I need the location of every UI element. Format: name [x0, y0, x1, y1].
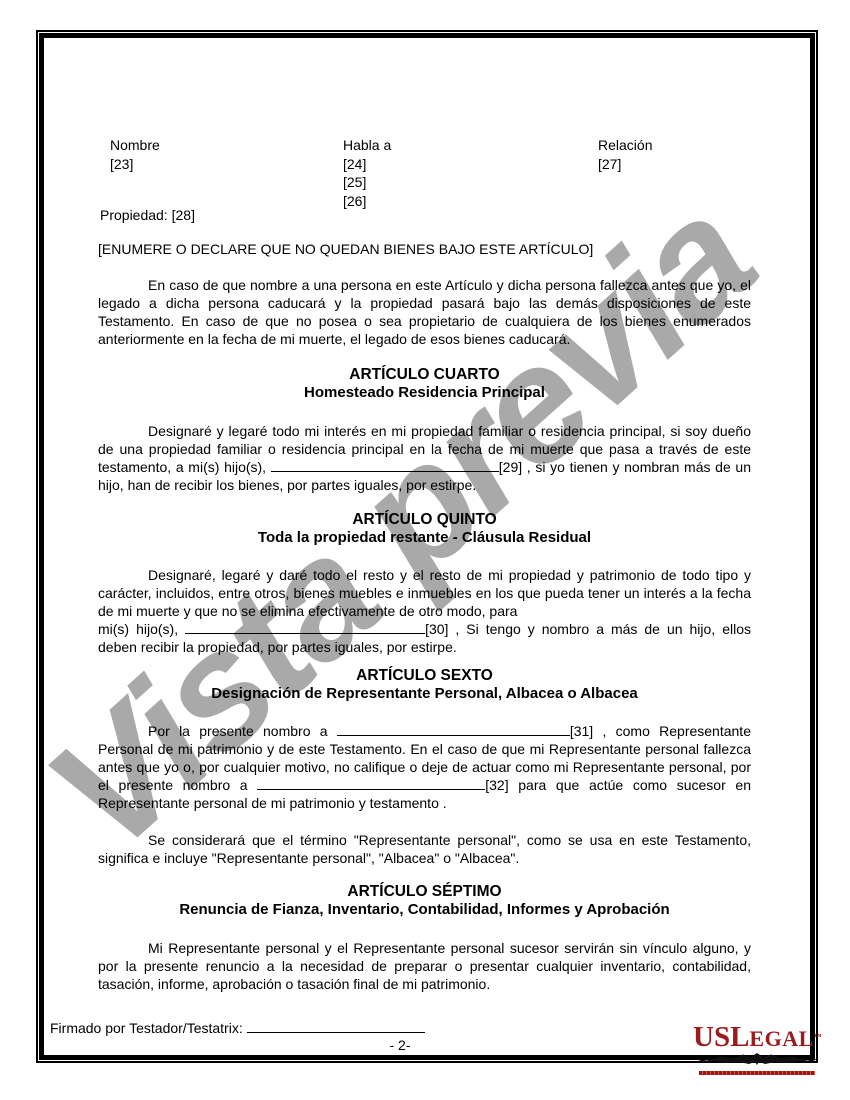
- trademark-symbol: ™: [814, 1032, 822, 1041]
- column-relation-label: Relación: [598, 136, 652, 155]
- column-relation-value: [27]: [598, 155, 652, 174]
- column-name-label: Nombre: [110, 136, 160, 155]
- article-4-title: ARTÍCULO CUARTO: [98, 366, 751, 384]
- article-5-paragraph: Designaré, legaré y daré todo el resto y…: [98, 566, 751, 656]
- fill-in-blank-line: [185, 620, 425, 634]
- column-name-value: [23]: [110, 155, 160, 174]
- column-address: Habla a [24] [25] [26]: [343, 136, 391, 210]
- article-7-paragraph: Mi Representante personal y el Represent…: [98, 939, 751, 993]
- fill-in-blank-line: [257, 776, 485, 790]
- fill-in-blank-line: [337, 722, 570, 736]
- uslegal-logo-text-secondary: EGAL: [749, 1026, 813, 1051]
- uslegal-logo-text-primary: USL: [693, 1021, 749, 1053]
- column-address-value: [25]: [343, 173, 391, 192]
- article-5-title: ARTÍCULO QUINTO: [98, 511, 751, 529]
- article-7-title: ARTÍCULO SÉPTIMO: [98, 883, 751, 901]
- logo-tagline-bar: [699, 1071, 815, 1075]
- page-number: - 2-: [340, 1037, 460, 1053]
- uslegal-logo-text: USLEGAL™: [693, 1024, 821, 1055]
- column-name: Nombre [23]: [110, 136, 160, 173]
- article-5-subtitle: Toda la propiedad restante - Cláusula Re…: [98, 529, 751, 546]
- signature-blank-line: [247, 1019, 425, 1033]
- article-4-subtitle: Homesteado Residencia Principal: [98, 384, 751, 401]
- article-6-title: ARTÍCULO SEXTO: [98, 667, 751, 685]
- article-4-paragraph: Designaré y legaré todo mi interés en mi…: [98, 422, 751, 494]
- column-address-value: [24]: [343, 155, 391, 174]
- article-6-subtitle: Designación de Representante Personal, A…: [98, 685, 751, 702]
- article-7-subtitle: Renuncia de Fianza, Inventario, Contabil…: [98, 901, 751, 918]
- article-6-paragraph-appointment: Por la presente nombro a [31] , como Rep…: [98, 722, 751, 812]
- fill-in-blank-line: [271, 458, 499, 472]
- article-6-paragraph-definition: Se considerará que el término "Represent…: [98, 831, 751, 867]
- uslegal-logo: USLEGAL™: [693, 1024, 821, 1075]
- paragraph-lapse-clause: En caso de que nombre a una persona en e…: [98, 276, 751, 348]
- signature-line: Firmado por Testador/Testatrix:: [50, 1019, 425, 1036]
- property-line: Propiedad: [28]: [100, 206, 195, 224]
- column-address-label: Habla a: [343, 136, 391, 155]
- column-address-value: [26]: [343, 192, 391, 211]
- signature-label: Firmado por Testador/Testatrix:: [50, 1020, 243, 1036]
- enumerate-notice: [ENUMERE O DECLARE QUE NO QUEDAN BIENES …: [98, 240, 593, 258]
- document-page: Vista previa Nombre [23] Habla a [24] [2…: [0, 0, 850, 1100]
- eagle-wings-icon: [693, 1052, 821, 1071]
- column-relation: Relación [27]: [598, 136, 652, 173]
